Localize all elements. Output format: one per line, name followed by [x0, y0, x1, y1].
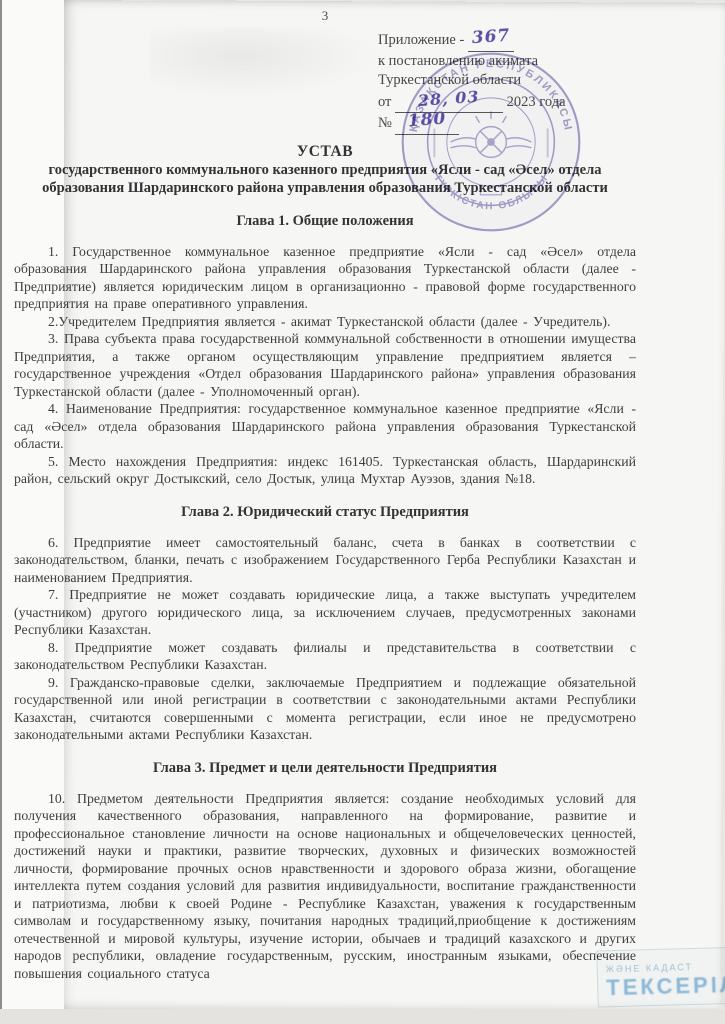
- page-content: 3 Приложение - 367 к постановлению акима…: [14, 6, 636, 982]
- paragraph-5: 5. Место нахождения Предприятия: индекс …: [14, 453, 636, 488]
- paragraph-7: 7. Предприятие не может создавать юридич…: [14, 586, 636, 639]
- chapter-2-heading: Глава 2. Юридический статус Предприятия: [14, 504, 636, 521]
- chapter-3-heading: Глава 3. Предмет и цели деятельности Пре…: [14, 760, 636, 777]
- paragraph-10: 10. Предметом деятельности Предприятия я…: [14, 790, 636, 983]
- paragraph-4: 4. Наименование Предприятия: государстве…: [14, 400, 636, 453]
- header-line-2: к постановлению акимата: [378, 52, 636, 72]
- chapter-1-heading: Глава 1. Общие положения: [14, 213, 636, 230]
- handwritten-number: 180: [407, 110, 447, 132]
- header-line-3: Туркестанской области: [378, 71, 636, 91]
- number-label: №: [378, 115, 392, 131]
- page-number: 3: [14, 8, 636, 24]
- header-number-line: № 180: [378, 113, 636, 135]
- paragraph-9: 9. Гражданско-правовые сделки, заключаем…: [14, 674, 636, 744]
- number-blank: 180: [395, 113, 459, 135]
- header-date-line: от 28, 03 2023 года: [378, 91, 636, 114]
- chapter-3: Глава 3. Предмет и цели деятельности Пре…: [14, 760, 636, 983]
- handwritten-appendix-number: 367: [471, 27, 511, 49]
- chapter-1: Глава 1. Общие положения 1. Государствен…: [14, 213, 636, 488]
- date-blank: 28, 03: [395, 91, 503, 114]
- document-subtitle-line-2: образования Шардаринского района управле…: [14, 179, 636, 197]
- paragraph-6: 6. Предприятие имеет самостоятельный бал…: [14, 534, 636, 587]
- document-title-block: УСТАВ государственного коммунального каз…: [14, 143, 636, 197]
- document-subtitle-line-1: государственного коммунального казенного…: [14, 161, 636, 179]
- date-suffix: 2023 года: [507, 94, 566, 110]
- appendix-header: Приложение - 367 к постановлению акимата…: [378, 30, 636, 135]
- appendix-label: Приложение -: [378, 32, 464, 48]
- handwritten-date: 28, 03: [417, 86, 480, 110]
- paragraph-3: 3. Права субъекта права государственной …: [14, 330, 636, 400]
- appendix-number-blank: 367: [468, 30, 514, 52]
- document-title: УСТАВ: [14, 143, 636, 161]
- appendix-line: Приложение - 367: [378, 30, 636, 52]
- paragraph-1: 1. Государственное коммунальное казенное…: [14, 243, 636, 313]
- date-prefix: от: [378, 94, 391, 110]
- scan-bottom-edge: [0, 1009, 725, 1024]
- chapter-2: Глава 2. Юридический статус Предприятия …: [14, 504, 636, 744]
- paragraph-8: 8. Предприятие может создавать филиалы и…: [14, 639, 636, 674]
- paragraph-2: 2.Учредителем Предприятия является - аки…: [14, 313, 636, 331]
- scan-edge-line: [0, 0, 2, 1024]
- scanned-document: 3 Приложение - 367 к постановлению акима…: [0, 0, 725, 1024]
